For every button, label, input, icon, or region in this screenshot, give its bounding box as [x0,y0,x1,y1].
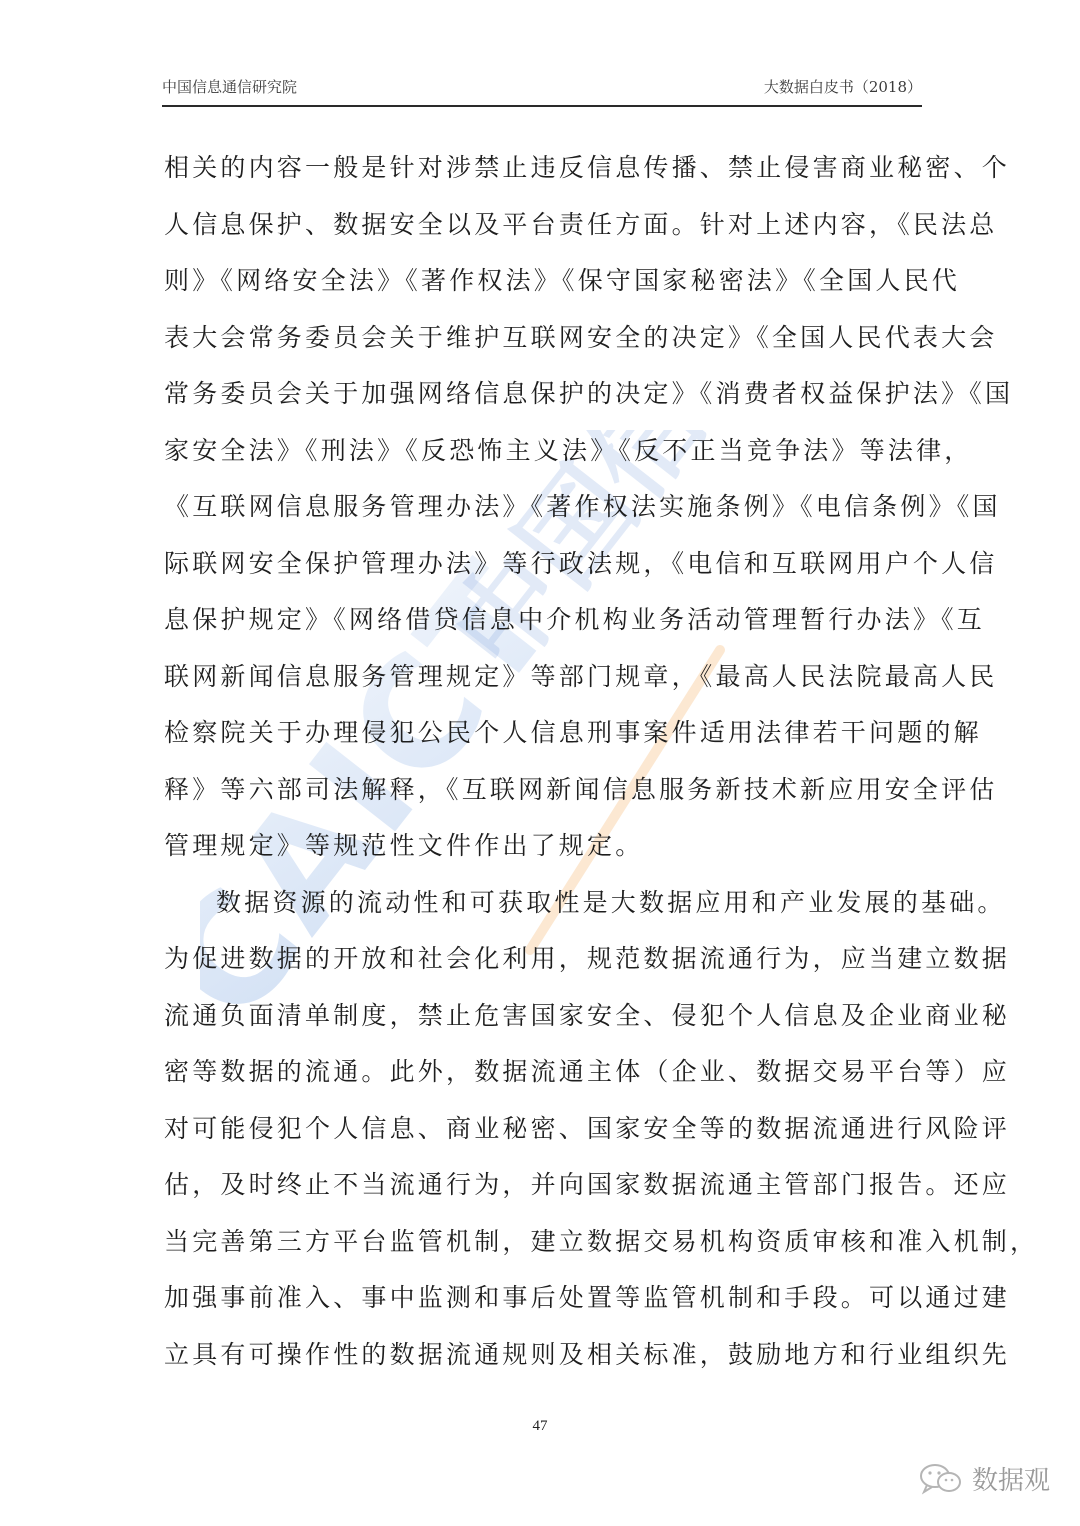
text-line: 常务委员会关于加强网络信息保护的决定》《消费者权益保护法》《国 [164,366,916,423]
text-line: 估，及时终止不当流通行为，并向国家数据流通主管部门报告。还应 [164,1157,916,1214]
wechat-icon [918,1461,964,1497]
text-line: 联网新闻信息服务管理规定》等部门规章，《最高人民法院最高人民 [164,649,916,706]
text-line: 际联网安全保护管理办法》等行政法规，《电信和互联网用户个人信 [164,536,916,593]
text-line: 则》《网络安全法》《著作权法》《保守国家秘密法》《全国人民代 [164,253,916,310]
text-line: 加强事前准入、事中监测和事后处置等监管机制和手段。可以通过建 [164,1270,916,1327]
page-header: 中国信息通信研究院 大数据白皮书（2018） [162,76,922,102]
paragraph-data-circulation: 数据资源的流动性和可获取性是大数据应用和产业发展的基础。 为促进数据的开放和社会… [164,875,916,1384]
page-number: 47 [0,1418,1080,1435]
text-line: 当完善第三方平台监管机制，建立数据交易机构资质审核和准入机制， [164,1214,916,1271]
source-label: 数据观 [972,1460,1050,1497]
text-line: 数据资源的流动性和可获取性是大数据应用和产业发展的基础。 [164,875,916,932]
header-divider [162,105,922,107]
document-body: 相关的内容一般是针对涉禁止违反信息传播、禁止侵害商业秘密、个 人信息保护、数据安… [164,140,916,1383]
text-line: 《互联网信息服务管理办法》《著作权法实施条例》《电信条例》《国 [164,479,916,536]
text-line: 密等数据的流通。此外，数据流通主体（企业、数据交易平台等）应 [164,1044,916,1101]
text-line: 检察院关于办理侵犯公民个人信息刑事案件适用法律若干问题的解 [164,705,916,762]
source-badge: 数据观 [918,1460,1050,1497]
header-document-title: 大数据白皮书（2018） [764,76,922,97]
text-line: 管理规定》等规范性文件作出了规定。 [164,818,916,875]
header-organization: 中国信息通信研究院 [162,76,297,97]
text-line: 家安全法》《刑法》《反恐怖主义法》《反不正当竞争法》等法律， [164,423,916,480]
text-line: 相关的内容一般是针对涉禁止违反信息传播、禁止侵害商业秘密、个 [164,140,916,197]
text-line: 释》等六部司法解释，《互联网新闻信息服务新技术新应用安全评估 [164,762,916,819]
text-line: 表大会常务委员会关于维护互联网安全的决定》《全国人民代表大会 [164,310,916,367]
text-line: 立具有可操作性的数据流通规则及相关标准，鼓励地方和行业组织先 [164,1327,916,1384]
text-line: 流通负面清单制度，禁止危害国家安全、侵犯个人信息及企业商业秘 [164,988,916,1045]
text-line: 为促进数据的开放和社会化利用，规范数据流通行为，应当建立数据 [164,931,916,988]
text-line: 人信息保护、数据安全以及平台责任方面。针对上述内容，《民法总 [164,197,916,254]
text-line: 息保护规定》《网络借贷信息中介机构业务活动管理暂行办法》《互 [164,592,916,649]
text-line: 对可能侵犯个人信息、商业秘密、国家安全等的数据流通进行风险评 [164,1101,916,1158]
paragraph-legal-framework: 相关的内容一般是针对涉禁止违反信息传播、禁止侵害商业秘密、个 人信息保护、数据安… [164,140,916,875]
